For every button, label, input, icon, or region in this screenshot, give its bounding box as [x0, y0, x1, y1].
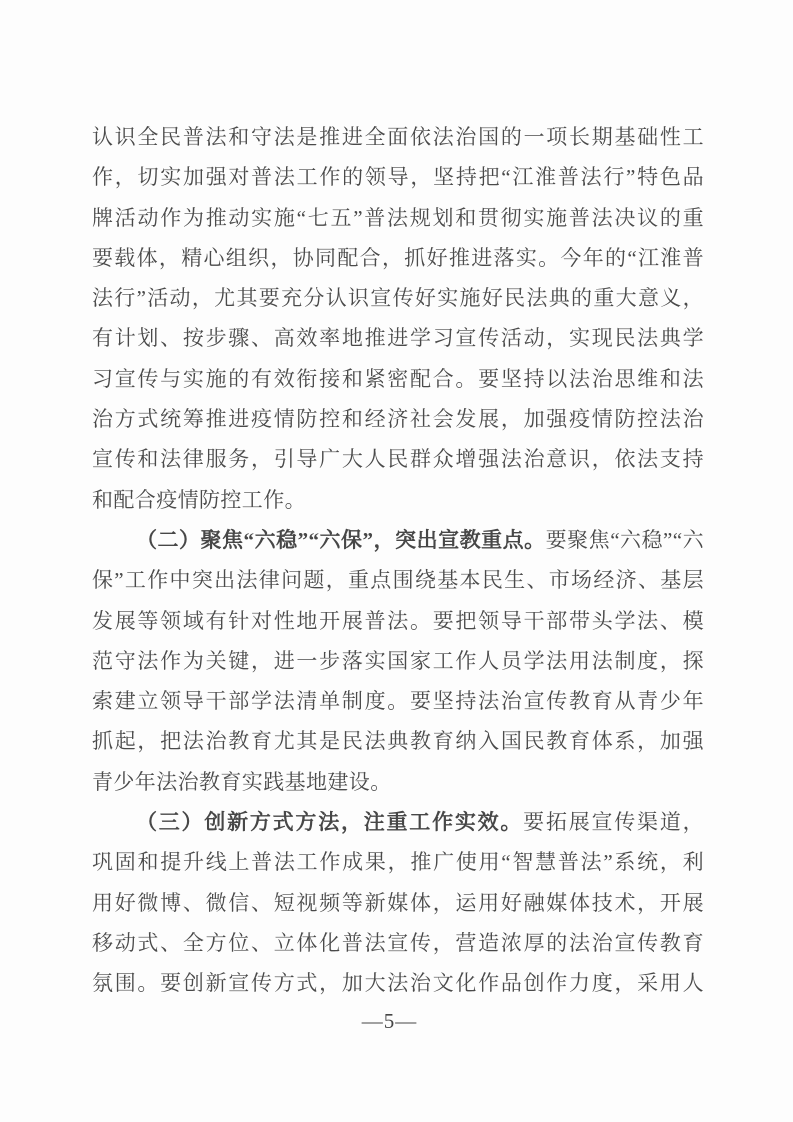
text-line: 发展等领域有针对性地开展普法。要把领导干部带头学法、模 — [92, 601, 704, 641]
text-line: 和配合疫情防控工作。 — [92, 480, 704, 520]
text-line: 抓起，把法治教育尤其是民法典教育纳入国民教育体系，加强 — [92, 721, 704, 761]
paragraph-text: 要聚焦“六稳”“六 — [546, 528, 704, 552]
text-line: 认识全民普法和守法是推进全面依法治国的一项长期基础性工 — [92, 117, 704, 157]
text-line: 范守法作为关键，进一步落实国家工作人员学法用法制度，探 — [92, 641, 704, 681]
text-line: 法行”活动，尤其要充分认识宣传好实施好民法典的重大意义， — [92, 278, 704, 318]
text-line: 要载体，精心组织，协同配合，抓好推进落实。今年的“江淮普 — [92, 238, 704, 278]
paragraph-lead: （三）创新方式方法，注重工作实效。 — [136, 810, 523, 834]
text-line: 牌活动作为推动实施“七五”普法规划和贯彻实施普法决议的重 — [92, 198, 704, 238]
text-line: 氛围。要创新宣传方式，加大法治文化作品创作力度，采用人 — [92, 963, 704, 1003]
text-line: 青少年法治教育实践基地建设。 — [92, 762, 704, 802]
text-block: 认识全民普法和守法是推进全面依法治国的一项长期基础性工 作，切实加强对普法工作的… — [92, 117, 704, 1004]
text-line: 习宣传与实施的有效衔接和紧密配合。要坚持以法治思维和法 — [92, 359, 704, 399]
page-number: —5— — [0, 1008, 779, 1034]
text-line: 宣传和法律服务，引导广大人民群众增强法治意识，依法支持 — [92, 439, 704, 479]
paragraph-text: 要拓展宣传渠道， — [523, 810, 704, 834]
text-line: 保”工作中突出法律问题，重点围绕基本民生、市场经济、基层 — [92, 560, 704, 600]
text-line: 索建立领导干部学法清单制度。要坚持法治宣传教育从青少年 — [92, 681, 704, 721]
text-line: 移动式、全方位、立体化普法宣传，营造浓厚的法治宣传教育 — [92, 923, 704, 963]
text-line: （二）聚焦“六稳”“六保”，突出宣教重点。要聚焦“六稳”“六 — [92, 520, 704, 560]
text-line: 作，切实加强对普法工作的领导，坚持把“江淮普法行”特色品 — [92, 157, 704, 197]
text-line: 巩固和提升线上普法工作成果，推广使用“智慧普法”系统，利 — [92, 842, 704, 882]
text-line: 用好微博、微信、短视频等新媒体，运用好融媒体技术，开展 — [92, 883, 704, 923]
text-line: 治方式统筹推进疫情防控和经济社会发展，加强疫情防控法治 — [92, 399, 704, 439]
document-page: 认识全民普法和守法是推进全面依法治国的一项长期基础性工 作，切实加强对普法工作的… — [0, 0, 793, 1122]
paragraph-lead: （二）聚焦“六稳”“六保”，突出宣教重点。 — [136, 528, 546, 552]
text-line: 有计划、按步骤、高效率地推进学习宣传活动，实现民法典学 — [92, 318, 704, 358]
text-line: （三）创新方式方法，注重工作实效。要拓展宣传渠道， — [92, 802, 704, 842]
